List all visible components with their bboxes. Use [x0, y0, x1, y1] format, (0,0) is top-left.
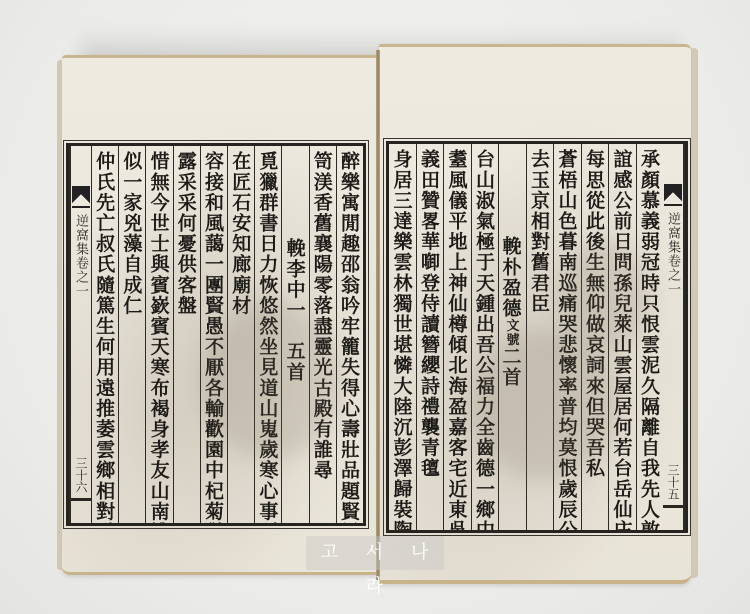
- watermark: 고 서 나 라: [306, 536, 444, 570]
- right-col-10: 身居三達樂雲林獨世堪憐大陸沉彭澤歸裝陶令: [389, 144, 416, 530]
- right-col-9: 義田贊畧華啣登侍讀簪纓詩禮襲青氊: [416, 144, 444, 530]
- poem-count: 五首: [284, 341, 306, 382]
- banxin-page-number: 三十六: [73, 457, 89, 493]
- right-banxin: 逆窩集卷之一 三十五: [663, 144, 685, 530]
- banxin-bar: [71, 498, 91, 501]
- book-gutter: [376, 50, 380, 580]
- left-col-9: 似一家兇藻自成仁: [118, 146, 145, 523]
- left-col-8: 惜無今世士與賓嶔賓天寒布褐身孝友山南誰得: [145, 146, 172, 523]
- right-page-text-frame: 逆窩集卷之一 三十五 承顏慕義弱冠時只恨雲泥久隔離自我先人敦世 誼感公前日問孫兒…: [386, 141, 688, 533]
- right-col-4: 蒼梧山色暮南巡痛哭悲懷率普均莫恨歲辰公適: [553, 144, 581, 530]
- fishtail-ornament-icon: [664, 184, 682, 206]
- right-col-7: 台山淑氣極于天鍾出吾公福力全齒德一鄉中大: [471, 144, 499, 530]
- poem-title: 輓朴盈德: [500, 236, 522, 318]
- banxin-title: 逆窩集卷之一: [73, 214, 89, 298]
- right-col-8: 耋風儀平地上神仙樽傾北海盈嘉客宅近東吳置: [443, 144, 471, 530]
- fishtail-ornament-icon: [72, 186, 90, 208]
- poem-title: 輓李中一: [284, 238, 306, 320]
- left-page-text-frame: 醉樂寓閒趣邵翁吟牢籠失得心壽壯品題賢愚腹 笥渼香舊襄陽零落盡靈光古殿有誰尋 輓李…: [66, 143, 366, 526]
- right-col-5: 去玉京相對舊君臣: [526, 144, 554, 530]
- left-col-10: 仲氏先亡叔氏隨篤生何用遠推萎雲鄉相對融怡: [91, 146, 118, 523]
- banxin-bar: [663, 505, 683, 508]
- banxin-page-number: 三十五: [665, 464, 681, 500]
- right-col-3: 每思從此後生無仰做哀詞來但哭吾私: [581, 144, 609, 530]
- banxin-title: 逆窩集卷之一: [665, 212, 681, 296]
- right-col-1: 承顏慕義弱冠時只恨雲泥久隔離自我先人敦世: [636, 144, 664, 530]
- left-col-5: 在匠石安知廊廟材: [227, 146, 254, 523]
- right-col-6-title: 輓朴盈德文號二首: [498, 144, 526, 530]
- left-banxin: 逆窩集卷之一 三十六: [69, 146, 91, 523]
- left-col-4: 覓獵群書日力恢悠然坐見道山嵬歲寒心事孤松: [254, 146, 281, 523]
- right-col-2: 誼感公前日問孫兒萊山雲屋居何若台岳仙庄夢: [608, 144, 636, 530]
- poem-note: 文號: [504, 318, 519, 346]
- left-col-2: 笥渼香舊襄陽零落盡靈光古殿有誰尋: [309, 146, 336, 523]
- left-col-3-title: 輓李中一 五首: [281, 146, 308, 523]
- left-col-6: 容接和風藹一團賢愚不厭各輸歡園中杞菊猶含: [200, 146, 227, 523]
- left-col-7: 露采采何憂供客盤: [173, 146, 200, 523]
- left-col-1: 醉樂寓閒趣邵翁吟牢籠失得心壽壯品題賢愚腹: [336, 146, 363, 523]
- poem-count: 二首: [500, 346, 522, 387]
